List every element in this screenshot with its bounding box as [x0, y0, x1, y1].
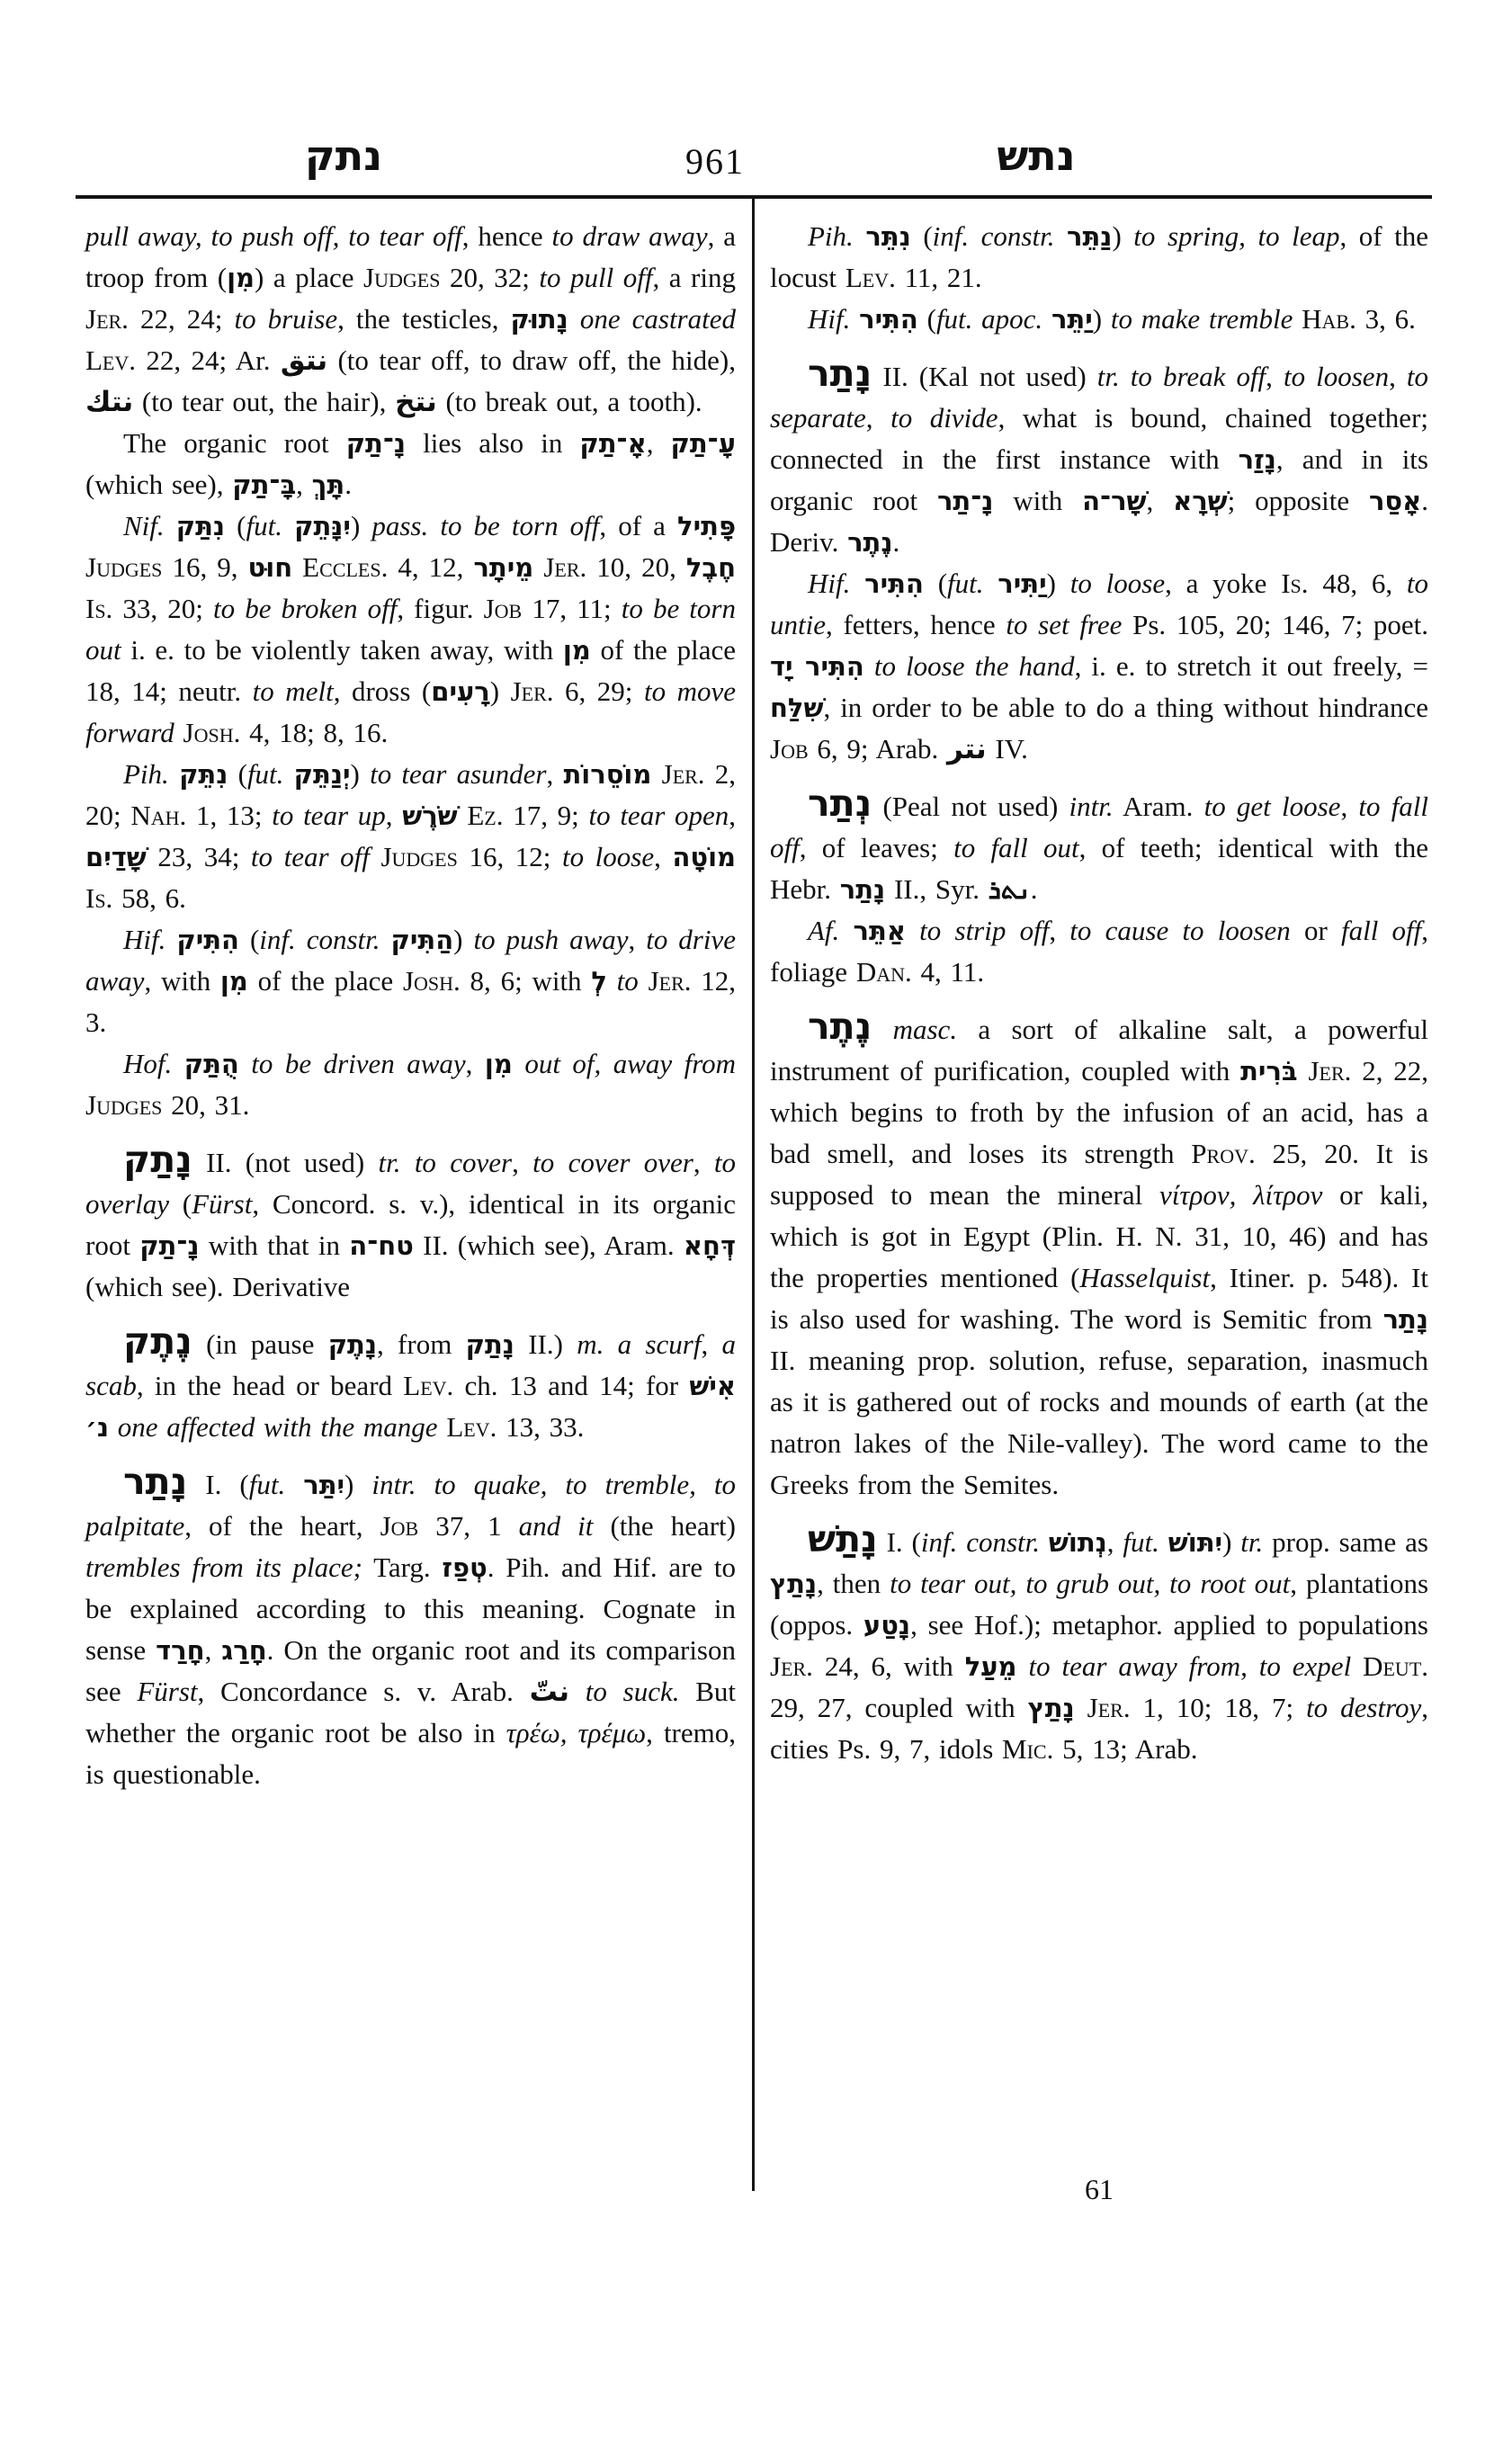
text-segment: 4, 18; 8, 16.: [240, 717, 388, 748]
text-segment: ,: [693, 1147, 714, 1178]
text-segment: (to tear off, to draw off, the hide),: [327, 344, 736, 376]
text-segment: יִתּוֹשׁ: [1168, 1527, 1222, 1558]
text-segment: [292, 551, 302, 583]
text-segment: נָתַר: [1383, 1304, 1428, 1335]
text-segment: [370, 841, 381, 872]
dictionary-paragraph: pull away, to push off, to tear off, hen…: [85, 216, 736, 423]
text-segment: נֶתֶר: [847, 527, 892, 558]
text-segment: נָזַר: [1239, 444, 1276, 475]
text-segment: נֶתֶר: [808, 1005, 872, 1048]
text-segment: [166, 924, 176, 955]
text-segment: Job: [484, 593, 523, 624]
text-segment: Eccles.: [302, 551, 388, 583]
text-segment: הִתִּיר: [864, 568, 924, 599]
text-segment: to tear out, to grub out, to root out: [890, 1568, 1290, 1599]
text-segment: Nif.: [123, 510, 165, 541]
text-segment: to cover over: [532, 1147, 693, 1178]
text-segment: מִן: [220, 966, 248, 997]
text-segment: Lev.: [85, 344, 136, 376]
text-segment: חָרַג: [221, 1635, 266, 1666]
text-segment: 8, 6; with: [461, 965, 592, 997]
text-segment: 1, 13;: [186, 800, 272, 831]
text-segment: II., Syr.: [885, 873, 989, 905]
text-segment: , see Hof.); metaphor. applied to popula…: [910, 1609, 1428, 1641]
text-segment: , then: [817, 1568, 890, 1599]
text-segment: fall off: [1341, 915, 1421, 946]
text-segment: 1, 10; 18, 7;: [1131, 1692, 1306, 1723]
text-segment: to loosen: [1284, 361, 1389, 392]
text-segment: , a ring: [652, 262, 735, 293]
text-segment: Jer.: [511, 675, 554, 707]
text-segment: Is.: [1281, 568, 1308, 599]
text-segment: , in the head or beard: [137, 1370, 403, 1401]
text-segment: [458, 800, 468, 831]
text-segment: (: [239, 924, 259, 955]
text-segment: II. meaning prop. solution, refuse, sepa…: [770, 1345, 1428, 1500]
text-segment: Hasselquist: [1079, 1262, 1210, 1293]
text-segment: ,: [466, 1048, 485, 1079]
text-segment: מֵיתָר: [473, 552, 533, 583]
text-segment: Hif.: [808, 303, 850, 335]
text-segment: Josh.: [403, 965, 461, 997]
text-segment: [864, 650, 874, 682]
text-segment: (the heart): [593, 1510, 736, 1542]
text-segment: pass. to be torn off: [371, 510, 599, 541]
text-segment: 4, 12,: [388, 551, 473, 583]
text-segment: ,: [654, 841, 672, 872]
text-segment: ,: [866, 402, 890, 434]
text-segment: מֵעַל: [965, 1651, 1017, 1682]
text-segment: نتّ: [530, 1676, 569, 1708]
text-segment: ; opposite: [1228, 485, 1369, 516]
text-segment: i. e. to be violently taken away, with: [121, 634, 563, 666]
text-segment: נְתוֹשׁ: [1049, 1527, 1107, 1558]
text-segment: to loose the hand: [874, 650, 1075, 682]
text-segment: and it: [519, 1510, 594, 1542]
text-segment: 17, 11;: [522, 593, 622, 624]
text-segment: [174, 717, 183, 748]
text-segment: נָתַר: [808, 352, 872, 395]
text-segment: with that in: [200, 1229, 350, 1261]
text-segment: Prov.: [1191, 1138, 1255, 1169]
text-segment: [1159, 1526, 1168, 1558]
text-segment: חָרַד: [156, 1635, 204, 1666]
text-segment: II.): [514, 1328, 577, 1360]
text-segment: , Concordance s. v. Arab.: [198, 1676, 530, 1707]
text-segment: to cause to loosen: [1069, 915, 1290, 946]
text-segment: ,: [647, 427, 671, 459]
text-segment: מִן: [227, 263, 255, 293]
text-segment: Ez.: [467, 800, 503, 831]
dictionary-entry: נָתַר I. (fut. יִתַּר) intr. to quake, t…: [85, 1461, 736, 1795]
text-segment: ,: [1107, 1526, 1123, 1558]
text-segment: 22, 24; Ar.: [136, 344, 281, 376]
text-segment: נָתַץ: [770, 1569, 817, 1599]
text-segment: , dross (: [334, 675, 432, 707]
text-segment: חוּט: [248, 552, 293, 583]
text-segment: [283, 758, 293, 790]
text-segment: Jer.: [1308, 1055, 1351, 1086]
text-segment: Judges: [363, 262, 440, 293]
text-segment: [569, 1676, 586, 1707]
text-segment: 5, 13; Arab.: [1053, 1733, 1197, 1765]
text-segment: (: [228, 758, 247, 790]
text-segment: [607, 965, 617, 997]
text-segment: מִן: [485, 1049, 513, 1079]
dictionary-entry: נָתַשׁ I. (inf. constr. נְתוֹשׁ, fut. יִ…: [770, 1518, 1428, 1770]
text-segment: , from: [377, 1328, 466, 1360]
text-segment: [533, 551, 543, 583]
text-segment: fut.: [246, 510, 282, 541]
text-segment: ,: [629, 924, 647, 955]
text-segment: inf. constr.: [921, 1526, 1040, 1558]
text-segment: ,: [701, 1328, 721, 1360]
text-segment: [172, 1048, 183, 1079]
text-segment: הַתִּיק: [391, 925, 454, 955]
text-segment: נָתַר: [840, 874, 885, 905]
text-segment: , of the heart,: [184, 1510, 380, 1542]
text-segment: .: [893, 526, 900, 558]
text-segment: Job: [770, 733, 809, 765]
text-segment: νίτρον, λίτρον: [1159, 1179, 1322, 1211]
text-segment: Jer.: [1087, 1692, 1131, 1723]
text-segment: to loose: [1070, 568, 1165, 599]
text-segment: [1040, 1526, 1049, 1558]
text-segment: פָּתִיל: [677, 511, 736, 541]
text-segment: נָ־תַק: [346, 428, 406, 459]
text-segment: נָ־תַר: [937, 486, 993, 516]
text-segment: II. (which see), Aram.: [414, 1229, 684, 1261]
text-segment: ): [1112, 220, 1133, 252]
text-segment: 10, 20,: [586, 551, 686, 583]
text-segment: ,: [205, 1634, 222, 1666]
text-segment: ): [344, 1469, 371, 1500]
text-segment: [1017, 1650, 1029, 1682]
text-segment: to: [617, 965, 639, 997]
text-segment: نتك: [85, 386, 133, 418]
text-segment: ,: [1049, 915, 1069, 946]
text-segment: to strip off: [919, 915, 1049, 946]
text-segment: ,: [512, 1147, 532, 1178]
text-segment: [282, 510, 294, 541]
text-segment: ,: [547, 758, 564, 790]
left-column: pull away, to push off, to tear off, hen…: [85, 216, 736, 1795]
text-segment: הִתִּיר: [859, 304, 918, 335]
text-segment: fut.: [249, 1469, 285, 1500]
text-segment: נָתַר: [123, 1460, 187, 1503]
text-segment: fut.: [247, 758, 283, 790]
text-segment: one castrated: [580, 303, 736, 335]
text-segment: (to break out, a tooth).: [437, 386, 702, 417]
text-segment: to suck.: [586, 1676, 680, 1707]
text-segment: or: [1291, 915, 1341, 946]
text-segment: to bruise: [234, 303, 337, 335]
text-segment: טח־ה: [349, 1230, 414, 1261]
text-segment: Deut.: [1363, 1650, 1428, 1682]
text-segment: [380, 924, 391, 955]
text-segment: fut.: [947, 568, 983, 599]
text-segment: inf. constr.: [933, 220, 1055, 252]
text-segment: fut.: [1123, 1526, 1159, 1558]
text-segment: ch. 13 and 14; for: [453, 1370, 689, 1401]
text-segment: Judges: [85, 551, 162, 583]
text-segment: to melt: [253, 675, 334, 707]
text-segment: , with: [144, 965, 219, 997]
text-segment: Hab.: [1302, 303, 1356, 335]
text-segment: נָתוּק: [511, 304, 568, 335]
text-segment: ,: [1340, 791, 1358, 822]
text-segment: tr. to cover: [379, 1147, 513, 1178]
text-segment: to tear open: [589, 800, 729, 831]
dictionary-entry: נָתַר II. (Kal not used) tr. to break of…: [770, 353, 1428, 563]
text-segment: מוֹטָה: [672, 842, 736, 872]
text-segment: ): [453, 924, 473, 955]
text-segment: Targ.: [362, 1551, 442, 1583]
text-segment: (: [911, 220, 933, 252]
text-segment: [1298, 1055, 1309, 1086]
right-column: Pih. נִתֵּר (inf. constr. נַתֵּר) to spr…: [770, 216, 1428, 1770]
text-segment: tr. to break off: [1097, 361, 1266, 392]
text-segment: 48, 6,: [1309, 568, 1407, 599]
text-segment: טְפַז: [442, 1552, 487, 1583]
text-segment: אָסַר: [1369, 486, 1421, 516]
text-segment: [109, 1411, 118, 1443]
running-head-left-hebrew: נתק: [245, 124, 443, 187]
text-segment: one affected with the mange: [118, 1411, 438, 1443]
text-segment: [1042, 303, 1051, 335]
text-segment: נָתַק: [123, 1138, 192, 1181]
text-segment: [639, 965, 649, 997]
text-segment: [850, 568, 864, 599]
text-segment: ): [1047, 568, 1070, 599]
text-segment: רָעִים: [431, 676, 489, 707]
text-segment: IV.: [987, 733, 1028, 765]
text-segment: masc.: [893, 1014, 957, 1045]
text-segment: 16, 9,: [162, 551, 247, 583]
text-segment: Lev.: [845, 262, 896, 293]
text-segment: יַתִּיר: [998, 568, 1046, 599]
text-segment: Jer.: [662, 758, 705, 790]
text-segment: of the place: [248, 965, 403, 997]
text-segment: [1293, 303, 1302, 335]
text-segment: ): [351, 758, 371, 790]
dictionary-paragraph: Pih. נִתֵּר (inf. constr. נַתֵּר) to spr…: [770, 216, 1428, 299]
text-segment: ,: [386, 800, 402, 831]
text-segment: [239, 1048, 251, 1079]
text-segment: 22, 24;: [129, 303, 235, 335]
page-number: 961: [630, 137, 801, 187]
text-segment: prop. same as: [1263, 1526, 1428, 1558]
text-segment: [169, 758, 179, 790]
text-segment: יִנָּתֵק: [294, 511, 351, 541]
text-segment: (: [918, 303, 936, 335]
text-segment: מִן: [563, 635, 591, 666]
text-segment: שָׁר־ה: [1082, 486, 1146, 516]
text-segment: (: [225, 510, 246, 541]
text-segment: tr.: [1240, 1526, 1263, 1558]
text-segment: The organic root: [123, 427, 346, 459]
text-segment: to make tremble: [1111, 303, 1293, 335]
text-segment: נֶתֶק: [123, 1319, 192, 1363]
text-segment: Jer.: [85, 303, 129, 335]
text-segment: Job: [380, 1510, 419, 1542]
text-segment: [513, 1048, 524, 1079]
text-segment: [854, 220, 866, 252]
text-segment: [604, 1328, 617, 1360]
text-segment: a scurf: [618, 1328, 702, 1360]
text-segment: בָּ־תַק: [232, 469, 296, 500]
text-segment: נָתַשׁ: [808, 1517, 878, 1560]
dictionary-entry: נֶתֶר masc. a sort of alkaline salt, a p…: [770, 1006, 1428, 1506]
text-segment: نتخ: [395, 386, 437, 418]
text-segment: to be driven away: [251, 1048, 465, 1079]
dictionary-paragraph: Hif. הִתִּיר (fut. יַתִּיר) to loose, a …: [770, 563, 1428, 770]
text-segment: נָתַץ: [1028, 1693, 1075, 1723]
text-segment: II. (Kal not used): [872, 361, 1096, 392]
text-segment: [438, 1411, 447, 1443]
text-segment: נִתֵּר: [865, 221, 910, 252]
text-segment: , of leaves;: [800, 832, 953, 863]
running-head-right-hebrew: נתש: [937, 124, 1135, 187]
text-segment: נְתַר: [808, 782, 872, 825]
text-segment: (: [169, 1188, 192, 1220]
text-segment: [651, 758, 661, 790]
text-segment: (which see). Derivative: [85, 1271, 350, 1302]
text-segment: .: [1031, 873, 1038, 905]
text-segment: ,: [1147, 485, 1174, 516]
text-segment: שִׁלַּח: [770, 693, 823, 723]
text-segment: יְנַתֵּק: [294, 759, 351, 790]
text-segment: Fürst: [192, 1188, 252, 1220]
text-segment: to fall out: [953, 832, 1079, 863]
text-segment: I. (: [878, 1526, 921, 1558]
text-segment: to tear up: [272, 800, 385, 831]
text-segment: ) a place: [255, 262, 363, 293]
text-segment: out of, away from: [524, 1048, 736, 1079]
text-segment: 58, 6.: [112, 882, 186, 914]
dictionary-paragraph: Hof. הֻתַּק to be driven away, מִן out o…: [85, 1043, 736, 1126]
text-segment: Lev.: [446, 1411, 497, 1443]
text-segment: 20, 31.: [162, 1089, 249, 1121]
dictionary-entry: נֶתֶק (in pause נָתֶק, from נָתַק II.) m…: [85, 1320, 736, 1448]
text-segment: II. (not used): [192, 1147, 379, 1178]
text-segment: ,: [296, 469, 312, 500]
text-segment: Aram.: [1114, 791, 1204, 822]
text-segment: הִתִּיר יָד: [770, 651, 864, 682]
text-segment: נָ־תַק: [139, 1230, 199, 1261]
text-segment: to loose: [562, 841, 654, 872]
dictionary-entry: נְתַר (Peal not used) intr. Aram. to get…: [770, 782, 1428, 910]
text-segment: 29, 27, coupled with: [770, 1692, 1028, 1723]
text-segment: to draw away: [552, 220, 708, 252]
text-segment: 13, 33.: [497, 1411, 584, 1443]
text-segment: 6, 29;: [554, 675, 644, 707]
text-segment: 4, 11.: [912, 956, 984, 988]
text-segment: ): [1093, 303, 1111, 335]
text-segment: to tear off: [251, 841, 370, 872]
text-segment: ,: [1389, 361, 1407, 392]
text-segment: Pih.: [123, 758, 169, 790]
text-segment: to divide: [890, 402, 998, 434]
text-segment: נִתֵּק: [179, 759, 228, 790]
text-segment: נָתֶק: [328, 1329, 377, 1360]
text-segment: Judges: [85, 1089, 162, 1121]
text-segment: [839, 915, 853, 946]
text-segment: בֹּרִית: [1240, 1056, 1298, 1086]
text-segment: ): [1222, 1526, 1240, 1558]
text-segment: (to tear out, the hair),: [133, 386, 395, 417]
text-segment: Is.: [85, 882, 112, 914]
text-segment: Is.: [85, 593, 112, 624]
dictionary-paragraph: Af. אַתֵּר to strip off, to cause to loo…: [770, 910, 1428, 993]
text-segment: (Peal not used): [872, 791, 1069, 822]
text-segment: نتر: [947, 733, 987, 765]
text-segment: יַתֵּר: [1051, 304, 1093, 335]
text-segment: הֻתַּק: [184, 1049, 239, 1079]
text-segment: to set free: [1006, 609, 1122, 640]
text-segment: to get loose: [1204, 791, 1341, 822]
text-segment: Fürst: [137, 1676, 197, 1707]
dictionary-paragraph: Hif. הִתִּיר (fut. apoc. יַתֵּר) to make…: [770, 299, 1428, 340]
text-segment: , figur.: [397, 593, 483, 624]
text-segment: ܢܬܪ: [989, 874, 1031, 905]
text-segment: 11, 21.: [896, 262, 982, 293]
text-segment: , a yoke: [1165, 568, 1281, 599]
text-segment: [285, 1469, 303, 1500]
text-segment: 33, 20;: [112, 593, 213, 624]
text-segment: trembles from its place;: [85, 1551, 362, 1583]
text-segment: מוֹסֵרוֹת: [564, 759, 652, 790]
text-segment: lies also in: [406, 427, 579, 459]
text-segment: , hence: [462, 220, 552, 252]
text-segment: Mic.: [1002, 1733, 1053, 1765]
text-segment: with: [993, 485, 1082, 516]
text-segment: Hif.: [808, 568, 850, 599]
text-segment: 24, 6, with: [813, 1650, 965, 1682]
text-segment: to push away: [473, 924, 628, 955]
text-segment: I. (: [187, 1469, 248, 1500]
text-segment: Nah.: [130, 800, 186, 831]
text-segment: 16, 12;: [458, 841, 562, 872]
text-segment: .: [344, 469, 352, 500]
text-segment: [1075, 1692, 1087, 1723]
text-segment: דְּחָא: [684, 1230, 736, 1261]
text-segment: pull away, to push off, to tear off: [85, 220, 462, 252]
signature-number: 61: [770, 2173, 1428, 2206]
text-segment: נָתַק: [466, 1329, 514, 1360]
text-segment: שֹׁרֶשׁ: [402, 800, 457, 831]
text-segment: שְׁרָא: [1173, 486, 1228, 516]
text-segment: ): [490, 675, 511, 707]
text-segment: Jer.: [770, 1650, 813, 1682]
text-segment: לְ: [591, 966, 607, 997]
dictionary-entry: נָתַק II. (not used) tr. to cover, to co…: [85, 1139, 736, 1308]
text-segment: Dan.: [856, 956, 912, 988]
text-segment: , in order to be able to do a thing with…: [823, 692, 1428, 723]
text-segment: 20, 32;: [440, 262, 539, 293]
text-segment: fut. apoc.: [936, 303, 1042, 335]
text-segment: intr.: [1069, 791, 1114, 822]
text-segment: to tear away from, to expel: [1028, 1650, 1351, 1682]
text-segment: נָטַע: [863, 1610, 910, 1641]
dictionary-paragraph: Nif. נִתַּק (fut. יִנָּתֵק) pass. to be …: [85, 505, 736, 754]
text-segment: [872, 1014, 892, 1045]
text-segment: , of a: [599, 510, 677, 541]
dictionary-paragraph: The organic root נָ־תַק lies also in אָ־…: [85, 423, 736, 505]
text-segment: Josh.: [183, 717, 241, 748]
text-segment: Lev.: [403, 1370, 453, 1401]
text-segment: Pih.: [808, 220, 854, 252]
